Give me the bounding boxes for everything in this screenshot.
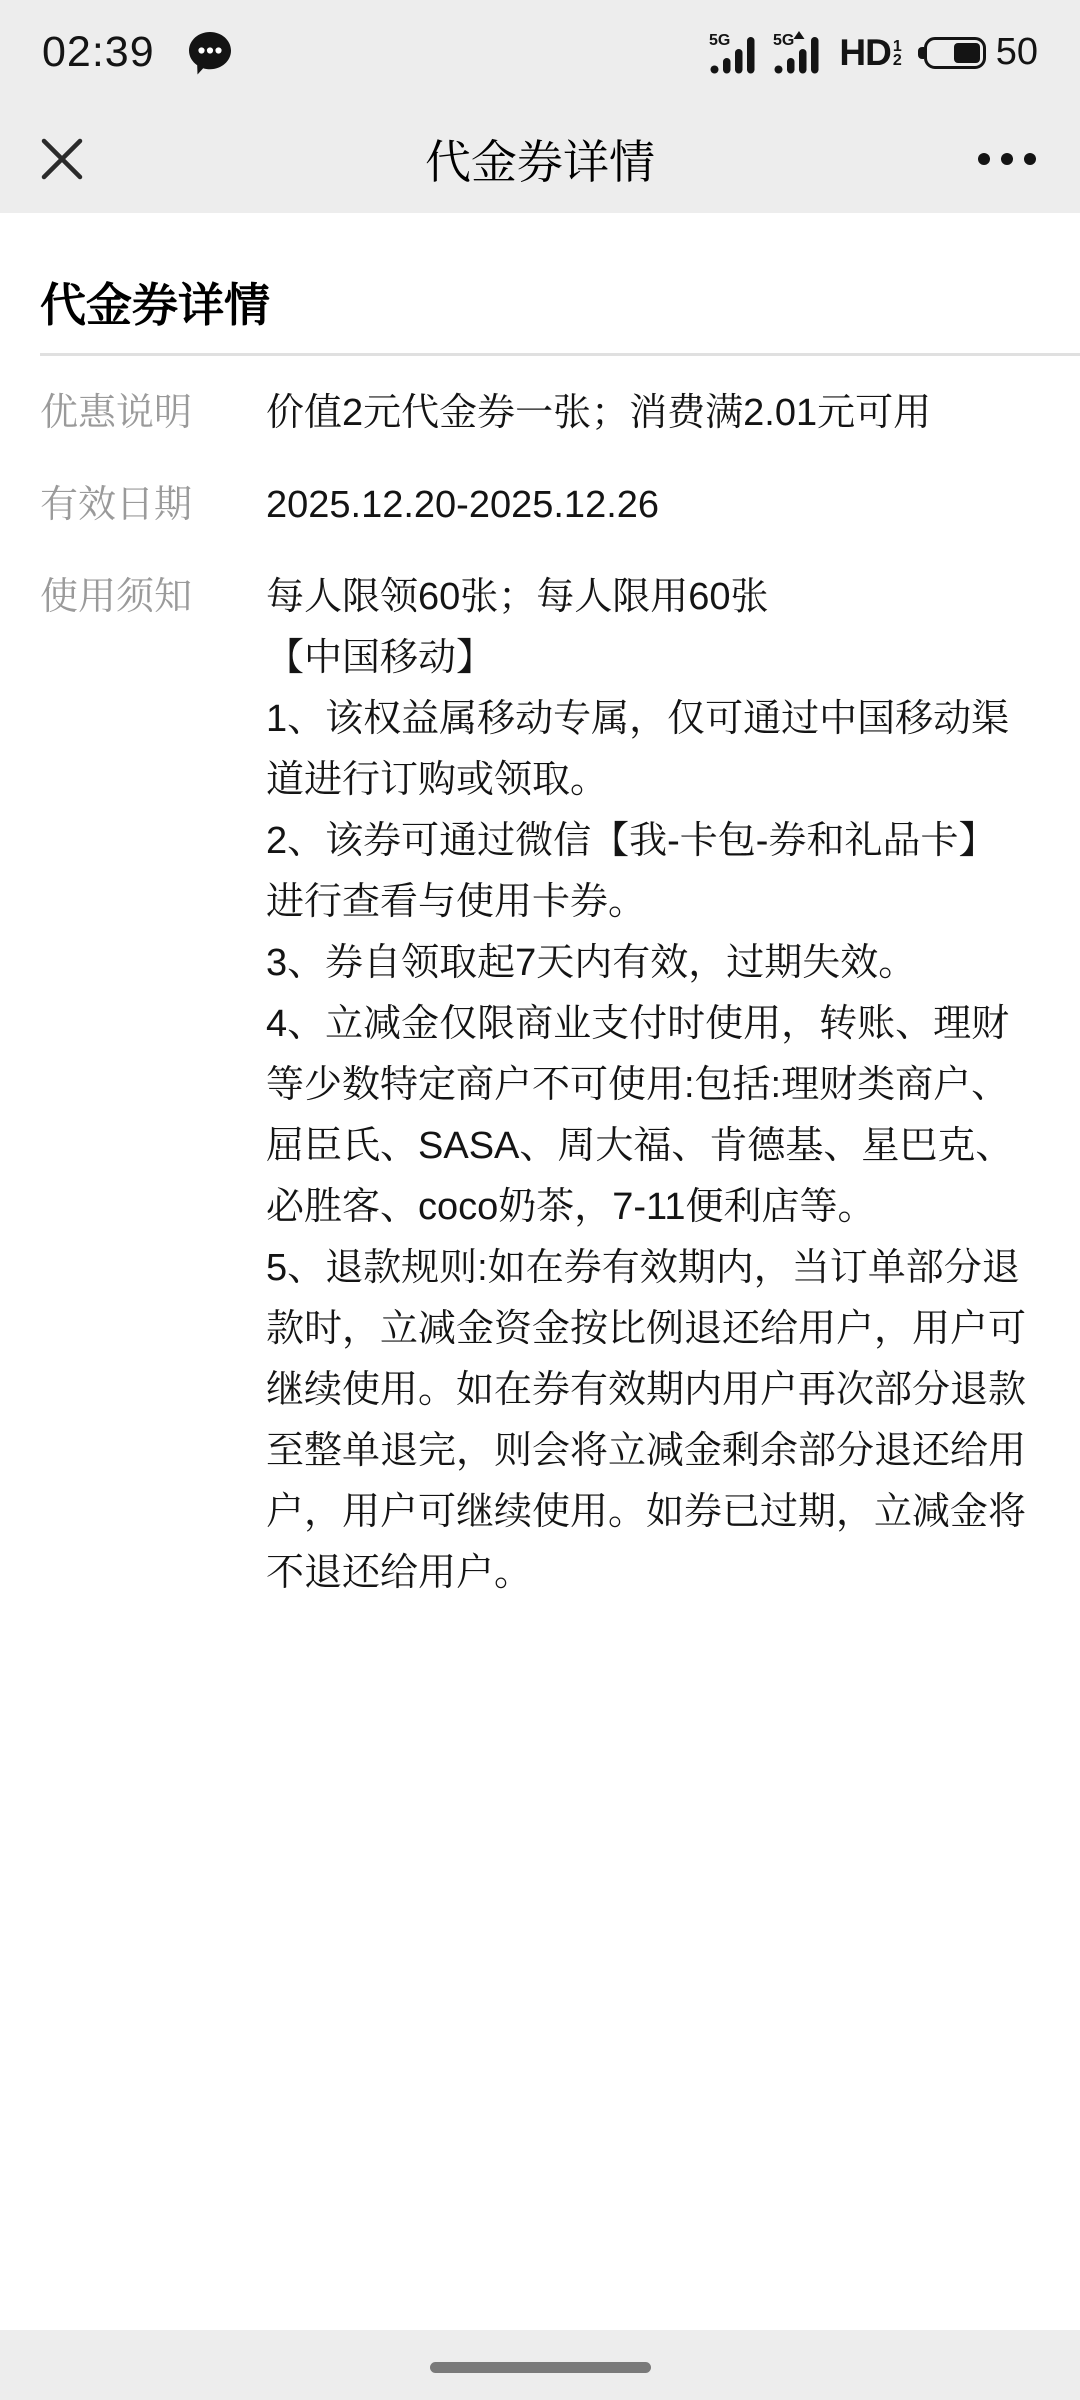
more-menu-button[interactable]: [974, 139, 1040, 179]
message-notification-icon: [189, 31, 231, 75]
row-label: 使用须知: [40, 567, 266, 1604]
close-button[interactable]: [40, 129, 100, 189]
battery-icon: [924, 37, 986, 69]
signal-sim2-5g-icon: 5G: [773, 31, 823, 75]
row-value: 2025.12.20-2025.12.26: [266, 475, 1040, 536]
row-discount-description: 优惠说明 价值2元代金券一张；消费满2.01元可用: [40, 383, 1040, 444]
signal-sim1-5g-icon: 5G: [709, 31, 759, 75]
row-label: 优惠说明: [40, 383, 266, 444]
battery-percent-text: 50: [996, 31, 1038, 74]
more-dots-icon: [1001, 153, 1013, 165]
row-value: 价值2元代金券一张；消费满2.01元可用: [266, 383, 1040, 444]
row-usage-notice: 使用须知 每人限领60张；每人限用60张 【中国移动】 1、该权益属移动专属，仅…: [40, 567, 1040, 1604]
home-indicator-handle[interactable]: [430, 2362, 651, 2373]
row-valid-date: 有效日期 2025.12.20-2025.12.26: [40, 475, 1040, 536]
row-value: 每人限领60张；每人限用60张 【中国移动】 1、该权益属移动专属，仅可通过中国…: [266, 567, 1040, 1604]
close-icon: [40, 137, 84, 181]
more-dots-icon: [978, 153, 990, 165]
bottom-gesture-bar: [0, 2330, 1080, 2400]
heading-divider: [40, 353, 1080, 356]
status-bar: 02:39 5G 5G HD 1 2 50: [0, 0, 1080, 105]
row-label: 有效日期: [40, 475, 266, 536]
nav-bar: 代金券详情: [0, 105, 1080, 213]
clock-text: 02:39: [42, 28, 155, 77]
section-heading: 代金券详情: [40, 275, 1040, 335]
svg-text:5G: 5G: [773, 32, 794, 49]
page-title: 代金券详情: [425, 126, 655, 192]
volte-hd-icon: HD 1 2: [839, 32, 901, 74]
svg-text:5G: 5G: [709, 32, 730, 49]
more-dots-icon: [1024, 153, 1036, 165]
detail-rows: 优惠说明 价值2元代金券一张；消费满2.01元可用 有效日期 2025.12.2…: [40, 383, 1040, 1604]
voucher-detail-panel: 代金券详情 优惠说明 价值2元代金券一张；消费满2.01元可用 有效日期 202…: [0, 275, 1080, 1604]
